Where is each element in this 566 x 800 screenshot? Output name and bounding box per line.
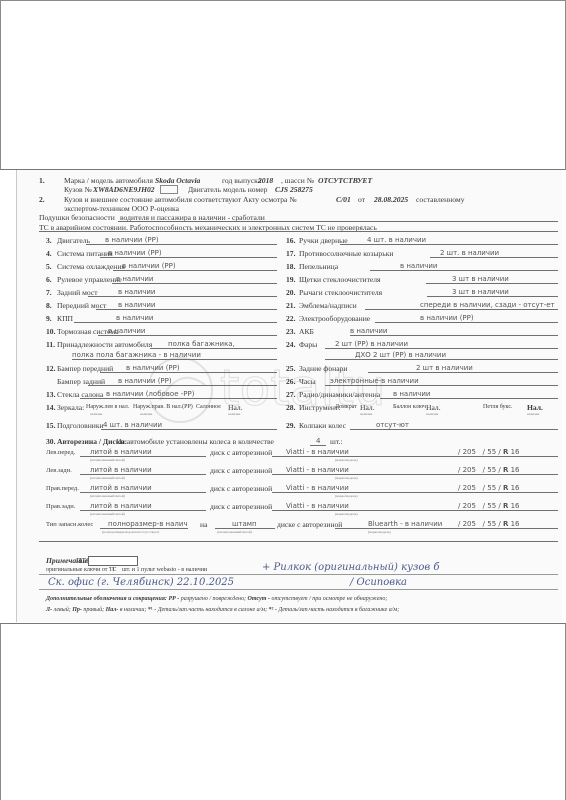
- tow-hook-value: Нал.: [527, 403, 543, 412]
- underline: [325, 359, 558, 360]
- underline: [118, 221, 558, 222]
- body-vin-value: XW8AD6NE9JH02: [93, 185, 155, 194]
- wheel-with-tire: диск с авторезиной: [210, 466, 272, 475]
- legend-pp-text: разрушено / повреждено;: [181, 596, 246, 602]
- wheel-disk-sub: (штампованный/литой): [90, 476, 125, 480]
- wheel-tire-sub: (марка/модель): [335, 512, 358, 516]
- underline: [98, 335, 277, 336]
- spare-width: 205: [463, 520, 476, 528]
- headrests-number: 15.: [46, 421, 56, 430]
- hubcaps-label: Колпаки колес: [299, 421, 346, 430]
- pts-box: [88, 556, 138, 566]
- underline: [39, 589, 558, 590]
- underline: [375, 322, 558, 323]
- wheel-position: Прав.перед.: [46, 484, 79, 493]
- item-number: 8.: [46, 301, 52, 310]
- headrests-label: Подголовники: [57, 421, 104, 430]
- item-number: 18.: [286, 262, 296, 271]
- make-value: Skoda Octavia: [155, 176, 200, 185]
- year-label: год выпуска: [222, 176, 261, 185]
- tire-r: R: [503, 466, 508, 474]
- airbags-label: Подушки безопасности: [39, 213, 115, 222]
- tire-width: 205: [463, 484, 476, 492]
- wheels-number: 30.: [46, 437, 56, 446]
- wrench-label: Баллон ключ: [393, 403, 426, 412]
- tire-width: 205: [463, 466, 476, 474]
- item-number: 16.: [286, 236, 296, 245]
- item-number: 17.: [286, 249, 296, 258]
- underline: [39, 574, 558, 575]
- item-label: Часы: [299, 377, 316, 386]
- legend-title: Дополнительные обозначения и сокращения:: [46, 596, 167, 602]
- item-number: 24.: [286, 340, 296, 349]
- spare-tire-sub: (марка/модель): [368, 530, 391, 534]
- tire-diameter: 16: [511, 448, 520, 456]
- mirror-outer-right: Наруж.прав. В нал.(РР): [133, 403, 193, 412]
- item-number: 10.: [46, 327, 56, 336]
- underline: [80, 474, 206, 475]
- underline: [310, 445, 326, 446]
- legend-star2: *² -: [269, 607, 277, 613]
- underline: [340, 244, 558, 245]
- underline: [88, 385, 277, 386]
- item-number: 20.: [286, 288, 296, 297]
- underline: [380, 398, 558, 399]
- underline: [100, 257, 277, 258]
- legend-star1-text: Деталь/зап.часть находится в салоне а/м;: [158, 607, 267, 613]
- item-label: Фары: [299, 340, 317, 349]
- underline: [112, 283, 277, 284]
- item-label: Противосолнечные козырьки: [299, 249, 393, 258]
- legend-star2-text: Деталь/зап.часть находится в багажнике а…: [278, 607, 399, 613]
- item-number: 11.: [46, 340, 55, 349]
- tire-r: R: [503, 448, 508, 456]
- item-number: 12.: [46, 364, 56, 373]
- underline: [80, 510, 206, 511]
- vin-box: [160, 185, 178, 194]
- underline: [350, 429, 558, 430]
- item-label: Рычаги стеклоочистителя: [299, 288, 382, 297]
- item-number: 7.: [46, 288, 52, 297]
- wheel-disk-sub: (штампованный/литой): [90, 458, 125, 462]
- legend-pp: РР -: [168, 596, 179, 602]
- item-2-number: 2.: [39, 195, 45, 204]
- chassis-value: ОТСУТСТВУЕТ: [318, 176, 372, 185]
- engine-value: CJS 258275: [275, 185, 313, 194]
- handwritten-note-1: + Рилкок (оригинальный) кузов б: [262, 563, 439, 572]
- mirror-inner-value: Нал.: [228, 403, 243, 412]
- item-number: 21.: [286, 301, 296, 310]
- spare-diameter: 16: [511, 520, 520, 528]
- item-label: Принадлежности автомобиля: [57, 340, 152, 349]
- wheels-intro: На автомобиле установлены колеса в колич…: [116, 437, 274, 446]
- legend-l: Л-: [46, 607, 52, 613]
- underline: [80, 492, 206, 493]
- expert-text: экспертом-техником ООО Р-оценка: [64, 204, 179, 213]
- tool-sub-label: наличие: [527, 412, 539, 416]
- engine-label: Двигатель модель номер: [188, 185, 267, 194]
- item-number: 6.: [46, 275, 52, 284]
- legend-otsut-text: отсутствует / при осмотре не обнаружено;: [271, 596, 387, 602]
- tire-r: R: [503, 502, 508, 510]
- underline: [96, 309, 277, 310]
- underline: [72, 359, 277, 360]
- tool-sub-label: наличие: [426, 412, 438, 416]
- tools-number: 28.: [286, 403, 296, 412]
- handwritten-note-2: Ск. офис (г. Челябинск) 22.10.2025: [48, 578, 234, 587]
- wheel-tire-sub: (марка/модель): [335, 494, 358, 498]
- tire-r: R: [503, 484, 508, 492]
- wheel-with-tire: диск с авторезиной: [210, 448, 272, 457]
- item-number: 27.: [286, 390, 296, 399]
- tire-profile: 55: [487, 448, 496, 456]
- item-label: Щетки стеклоочистителя: [299, 275, 381, 284]
- wheel-tire-sub: (марка/модель): [335, 476, 358, 480]
- tow-hook-label: Петля букс.: [483, 403, 512, 412]
- blank-page-bottom: [0, 623, 566, 800]
- legend-nal-text: в наличии;: [120, 607, 147, 613]
- act-from: от: [358, 195, 365, 204]
- underline: [88, 296, 277, 297]
- mirror-sub-label: наличие: [140, 412, 152, 416]
- underline: [335, 528, 558, 529]
- item-label: Задние фонари: [299, 364, 347, 373]
- underline: [325, 348, 558, 349]
- tire-width: 205: [463, 502, 476, 510]
- underline: [80, 398, 277, 399]
- underline: [368, 372, 558, 373]
- underline: [430, 257, 558, 258]
- chassis-label: , шасси №: [281, 176, 314, 185]
- mirror-sub-label: наличие: [90, 412, 102, 416]
- underline: [80, 456, 206, 457]
- underline: [113, 270, 277, 271]
- wheel-disk-sub: (штампованный/литой): [90, 494, 125, 498]
- underline: [100, 528, 188, 529]
- mirrors-label: Зеркала:: [57, 403, 84, 412]
- legend-pr-text: правый;: [83, 607, 104, 613]
- mirror-sub-label: наличие: [228, 412, 240, 416]
- wheel-count-unit: шт.:: [330, 437, 343, 446]
- item-2-text: Кузов и внешнее состояние автомобиля соо…: [64, 195, 297, 204]
- act-date: 28.08.2025: [374, 195, 408, 204]
- tire-profile: 55: [487, 484, 496, 492]
- wheel-position: Лев.перед.: [46, 448, 75, 457]
- jack-label: Домкрат: [335, 403, 357, 412]
- tire-diameter: 16: [511, 484, 520, 492]
- signature: / Осиповка: [350, 578, 407, 587]
- act-tail: составленному: [416, 195, 465, 204]
- wrench-value: Нал.: [426, 403, 441, 412]
- underline: [325, 385, 558, 386]
- wheel-with-tire: диск с авторезиной: [210, 502, 272, 511]
- wheel-with-tire: диск с авторезиной: [210, 484, 272, 493]
- section-divider: [39, 541, 558, 542]
- tire-diameter: 16: [511, 466, 520, 474]
- year-value: 2018: [258, 176, 273, 185]
- item-number: 25.: [286, 364, 296, 373]
- item-label: АКБ: [299, 327, 314, 336]
- underline: [150, 348, 277, 349]
- underline: [370, 270, 558, 271]
- act-number: С/01: [336, 195, 351, 204]
- underline: [39, 231, 558, 232]
- legend-pr: Пр-: [72, 607, 82, 613]
- spare-profile: 55: [487, 520, 496, 528]
- item-number: 26.: [286, 377, 296, 386]
- item-number: 22.: [286, 314, 296, 323]
- tire-profile: 55: [487, 466, 496, 474]
- underline: [86, 244, 277, 245]
- underline: [426, 283, 558, 284]
- item-number: 19.: [286, 275, 296, 284]
- hubcaps-number: 29.: [286, 421, 296, 430]
- item-label: Электрооборудование: [299, 314, 370, 323]
- tire-width: 205: [463, 448, 476, 456]
- item-number: 23.: [286, 327, 296, 336]
- spare-with-tire: диске с авторезиной: [277, 520, 342, 529]
- item-number: 3.: [46, 236, 52, 245]
- make-label: Марка / модель автомобиля: [64, 176, 153, 185]
- underline: [427, 296, 558, 297]
- item-number: 5.: [46, 262, 52, 271]
- item-1-number: 1.: [39, 176, 45, 185]
- mirror-outer-left: Наруж.лев в нал.: [86, 403, 129, 412]
- body-label: Кузов №: [64, 185, 92, 194]
- underline: [350, 335, 558, 336]
- spare-label: Тип запасн.колес: [46, 520, 93, 529]
- tire-profile: 55: [487, 502, 496, 510]
- item-number: 13.: [46, 390, 56, 399]
- blank-page-top: [0, 0, 566, 170]
- wheel-disk-sub: (штампованный/литой): [90, 512, 125, 516]
- wheel-position: Прав.задн.: [46, 502, 75, 511]
- item-label: Пепельница: [299, 262, 338, 271]
- item-label: КПП: [57, 314, 73, 323]
- wheel-tire-sub: (марка/модель): [335, 458, 358, 462]
- spare-disk-sub: (штампованный/литой): [217, 530, 252, 534]
- jack-value: Нал.: [360, 403, 375, 412]
- legend-star1: *¹ -: [148, 607, 156, 613]
- underline: [74, 322, 277, 323]
- underline: [100, 372, 277, 373]
- spare-type-sub: (полноразмерная/докатка/отсутствует): [102, 530, 159, 534]
- underline: [365, 309, 558, 310]
- tool-sub-label: наличие: [360, 412, 372, 416]
- item-label: Радио/динамики/антенна: [299, 390, 380, 399]
- legend-l-text: левый;: [54, 607, 71, 613]
- item-number: 4.: [46, 249, 52, 258]
- underline: [101, 429, 277, 430]
- mirror-inner-label: Салонное: [196, 403, 221, 412]
- item-label: Эмблема/надписи: [299, 301, 357, 310]
- spare-r: R: [503, 520, 508, 528]
- legend-nal: Нал-: [106, 607, 119, 613]
- tire-diameter: 16: [511, 502, 520, 510]
- spare-on: на: [200, 520, 207, 529]
- item-number: 9.: [46, 314, 52, 323]
- wheel-position: Лев.задн.: [46, 466, 72, 475]
- underline: [215, 528, 275, 529]
- mirrors-number: 14.: [46, 403, 56, 412]
- legend-otsut: Отсут -: [247, 596, 269, 602]
